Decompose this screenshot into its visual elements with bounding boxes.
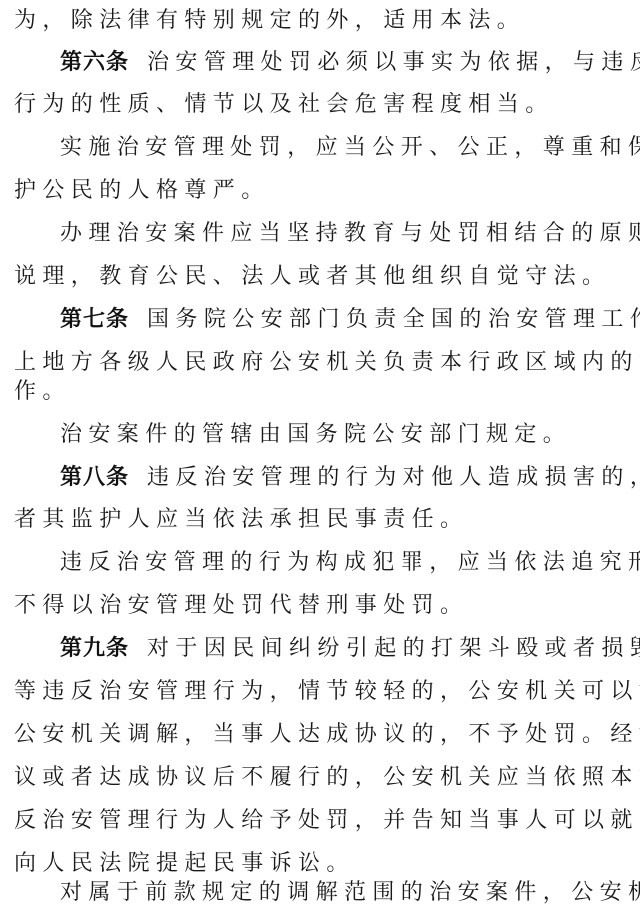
line-text: 不得以治安管理处罚代替刑事处罚。 — [14, 593, 468, 618]
line-text: 护公民的人格尊严。 — [14, 178, 270, 203]
line-text: 者其监护人应当依法承担民事责任。 — [14, 507, 468, 532]
line-text: 公安机关调解，当事人达成协议的，不予处罚。经调解未达成协 — [14, 722, 640, 747]
text-line: 反治安管理行为人给予处罚，并告知当事人可以就民事争议依法 — [14, 806, 640, 836]
text-line: 护公民的人格尊严。 — [14, 176, 270, 206]
line-text: 说理，教育公民、法人或者其他组织自觉守法。 — [14, 264, 610, 289]
line-text: 违反治安管理的行为对他人造成损害的，行为人或 — [147, 465, 640, 490]
line-text: 等违反治安管理行为，情节较轻的，公安机关可以调解处理。经 — [14, 679, 640, 704]
text-line: 为，除法律有特别规定的外，适用本法。 — [14, 6, 525, 36]
text-line: 议或者达成协议后不履行的，公安机关应当依照本法的规定对违 — [14, 763, 640, 793]
text-line: 第六条治安管理处罚必须以事实为依据，与违反治安管理 — [60, 48, 640, 78]
text-line: 第九条对于因民间纠纷引起的打架斗殴或者损毁他人财物 — [60, 634, 640, 664]
text-line: 说理，教育公民、法人或者其他组织自觉守法。 — [14, 262, 610, 292]
line-text: 反治安管理行为人给予处罚，并告知当事人可以就民事争议依法 — [14, 808, 640, 833]
line-text: 上地方各级人民政府公安机关负责本行政区域内的治安管理工 — [14, 350, 640, 375]
text-line: 对属于前款规定的调解范围的治安案件，公安机关作出处理 — [60, 878, 640, 908]
document-page: 为，除法律有特别规定的外，适用本法。 第六条治安管理处罚必须以事实为依据，与违反… — [0, 0, 640, 909]
article-heading: 第七条 — [60, 307, 129, 332]
text-line: 行为的性质、情节以及社会危害程度相当。 — [14, 90, 554, 120]
line-text: 实施治安管理处罚，应当公开、公正，尊重和保障人权，保 — [60, 135, 640, 160]
line-text: 向人民法院提起民事诉讼。 — [14, 851, 355, 876]
text-line: 上地方各级人民政府公安机关负责本行政区域内的治安管理工 — [14, 348, 640, 378]
text-line: 作。 — [14, 377, 71, 407]
line-text: 国务院公安部门负责全国的治安管理工作。县级以 — [147, 307, 640, 332]
text-line: 者其监护人应当依法承担民事责任。 — [14, 505, 468, 535]
line-text: 治安案件的管辖由国务院公安部门规定。 — [60, 422, 571, 447]
text-line: 办理治安案件应当坚持教育与处罚相结合的原则，充分释法 — [60, 219, 640, 249]
text-line: 等违反治安管理行为，情节较轻的，公安机关可以调解处理。经 — [14, 677, 640, 707]
text-line: 第七条国务院公安部门负责全国的治安管理工作。县级以 — [60, 305, 640, 335]
article-heading: 第六条 — [60, 50, 129, 75]
text-line: 违反治安管理的行为构成犯罪，应当依法追究刑事责任的， — [60, 548, 640, 578]
text-line: 不得以治安管理处罚代替刑事处罚。 — [14, 591, 468, 621]
line-text: 办理治安案件应当坚持教育与处罚相结合的原则，充分释法 — [60, 221, 640, 246]
line-text: 违反治安管理的行为构成犯罪，应当依法追究刑事责任的， — [60, 550, 640, 575]
text-line: 向人民法院提起民事诉讼。 — [14, 849, 355, 879]
article-heading: 第八条 — [60, 465, 129, 490]
line-text: 行为的性质、情节以及社会危害程度相当。 — [14, 92, 554, 117]
article-heading: 第九条 — [60, 636, 129, 661]
line-text: 为，除法律有特别规定的外，适用本法。 — [14, 8, 525, 33]
line-text: 议或者达成协议后不履行的，公安机关应当依照本法的规定对违 — [14, 765, 640, 790]
text-line: 公安机关调解，当事人达成协议的，不予处罚。经调解未达成协 — [14, 720, 640, 750]
line-text: 治安管理处罚必须以事实为依据，与违反治安管理 — [147, 50, 640, 75]
line-text: 对属于前款规定的调解范围的治安案件，公安机关作出处理 — [60, 880, 640, 905]
text-line: 第八条违反治安管理的行为对他人造成损害的，行为人或 — [60, 463, 640, 493]
line-text: 作。 — [14, 379, 71, 404]
text-line: 实施治安管理处罚，应当公开、公正，尊重和保障人权，保 — [60, 133, 640, 163]
line-text: 对于因民间纠纷引起的打架斗殴或者损毁他人财物 — [147, 636, 640, 661]
text-line: 治安案件的管辖由国务院公安部门规定。 — [60, 420, 571, 450]
